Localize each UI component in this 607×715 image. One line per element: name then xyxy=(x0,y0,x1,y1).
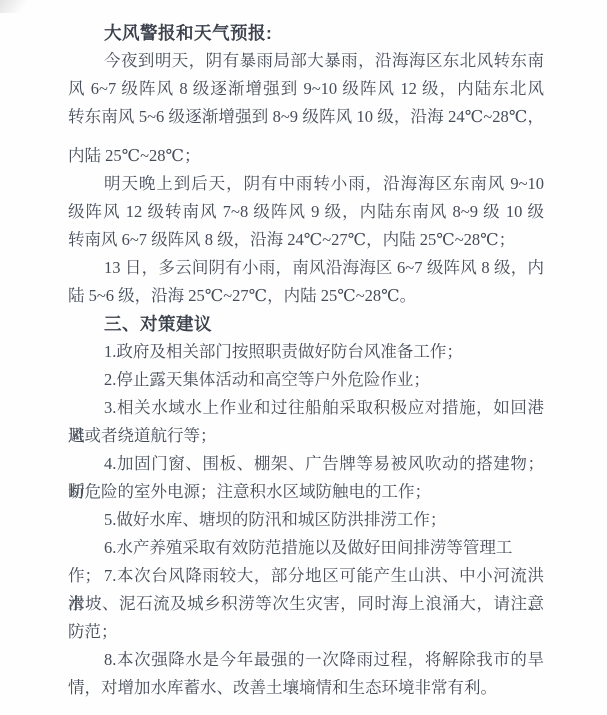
document-page: 大风警报和天气预报:今夜到明天，阴有暴雨局部大暴雨，沿海海区东北风转东南风 6~… xyxy=(0,0,607,715)
text-line: 级阵风 12 级转南风 7~8 级阵风 9 级，内陆东南风 8~9 级 10 级 xyxy=(68,198,544,226)
text-line: 今夜到明天，阴有暴雨局部大暴雨，沿海海区东北风转东南 xyxy=(68,47,544,75)
text-line: 6.水产养殖采取有效防范措施以及做好田间排涝等管理工作； xyxy=(68,534,544,562)
scan-smudge-artifact xyxy=(0,0,30,13)
text-line: 7.本次台风降雨较大，部分地区可能产生山洪、中小河流洪水、 xyxy=(68,562,544,590)
section-heading: 三、对策建议 xyxy=(68,310,544,338)
text-line: 13 日，多云间阴有小雨，南风沿海海区 6~7 级阵风 8 级，内 xyxy=(68,254,544,282)
text-line: 4.加固门窗、围板、棚架、广告牌等易被风吹动的搭建物；切 xyxy=(68,450,544,478)
text-line: 2.停止露天集体活动和高空等户外危险作业； xyxy=(68,366,544,394)
text-line: 断危险的室外电源；注意积水区域防触电的工作； xyxy=(68,478,544,506)
text-line: 滑坡、泥石流及城乡积涝等次生灾害，同时海上浪涌大，请注意 xyxy=(68,590,544,618)
text-line: 内陆 25℃~28℃； xyxy=(68,142,544,170)
text-line: 转东南风 5~6 级逐渐增强到 8~9 级阵风 10 级，沿海 24℃~28℃， xyxy=(68,103,544,131)
text-line: 8.本次强降水是今年最强的一次降雨过程，将解除我市的旱 xyxy=(68,646,544,674)
text-line: 转南风 6~7 级阵风 8 级，沿海 24℃~27℃，内陆 25℃~28℃； xyxy=(68,226,544,254)
document-body: 大风警报和天气预报:今夜到明天，阴有暴雨局部大暴雨，沿海海区东北风转东南风 6~… xyxy=(68,19,544,702)
text-line: 风或者绕道航行等； xyxy=(68,422,544,450)
text-line: 3.相关水域水上作业和过往船舶采取积极应对措施，如回港避 xyxy=(68,394,544,422)
text-line: 5.做好水库、塘坝的防汛和城区防洪排涝工作； xyxy=(68,506,544,534)
text-line: 1.政府及相关部门按照职责做好防台风准备工作； xyxy=(68,338,544,366)
text-line: 风 6~7 级阵风 8 级逐渐增强到 9~10 级阵风 12 级，内陆东北风 xyxy=(68,75,544,103)
text-line: 情，对增加水库蓄水、改善土壤墒情和生态环境非常有利。 xyxy=(68,674,544,702)
text-line: 明天晚上到后天，阴有中雨转小雨，沿海海区东南风 9~10 xyxy=(68,170,544,198)
section-heading: 大风警报和天气预报: xyxy=(68,19,544,47)
text-line: 陆 5~6 级，沿海 25℃~27℃，内陆 25℃~28℃。 xyxy=(68,282,544,310)
text-line: 防范； xyxy=(68,618,544,646)
